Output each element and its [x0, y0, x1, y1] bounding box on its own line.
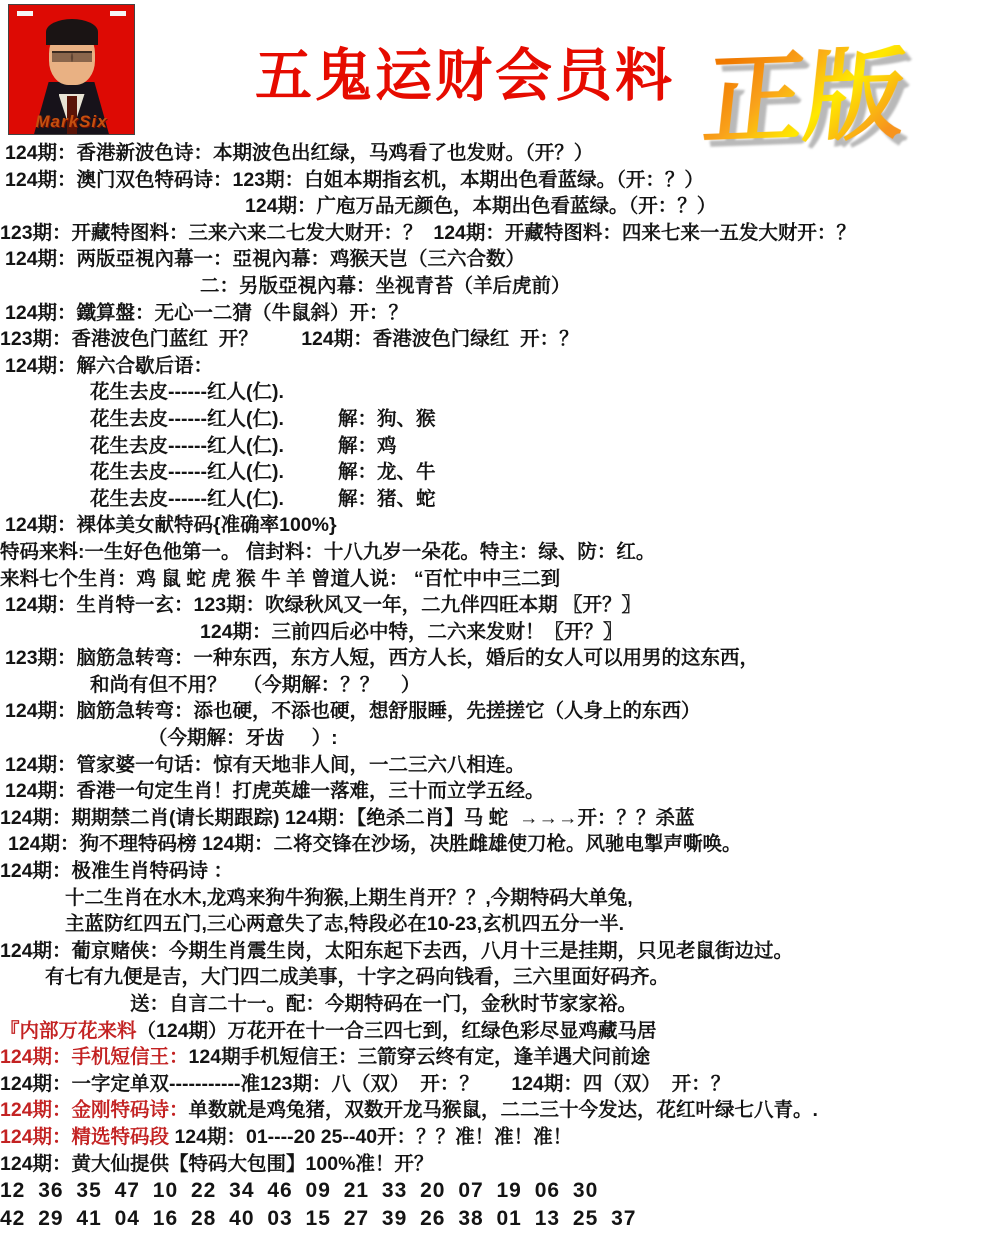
photo-corner-mark: [110, 11, 126, 16]
body-text: 花生去皮------红人(仁). 解：猪、蛇: [90, 488, 436, 510]
body-text: 124期：两版亞視內幕一：亞視內幕：鸡猴天岂（三六合数）: [5, 248, 525, 270]
text-line: （今期解：牙齿 ）:: [0, 725, 992, 752]
text-line: 124期：金刚特码诗：单数就是鸡兔猪，双数开龙马猴鼠，二二三十今发达，花红叶绿七…: [0, 1097, 992, 1124]
portrait-hair: [46, 19, 98, 45]
number-row: 12 36 35 47 10 22 34 46 09 21 33 20 07 1…: [0, 1177, 992, 1205]
text-line: 送：自言二十一。配：今期特码在一门，金秋时节家家裕。: [0, 991, 992, 1018]
body-text: 花生去皮------红人(仁). 解：鸡: [90, 435, 397, 457]
text-line: 124期：解六合歇后语：: [0, 353, 992, 380]
body-text: 124期：一字定单双-----------准123期：八（双） 开：？ 124期…: [0, 1073, 730, 1095]
body-text: 花生去皮------红人(仁).: [90, 381, 284, 403]
text-line: 来料七个生肖：鸡 鼠 蛇 虎 猴 牛 羊 曾道人说： “百忙中中三二到: [0, 566, 992, 593]
number-row: 42 29 41 04 16 28 40 03 15 27 39 26 38 0…: [0, 1205, 992, 1233]
body-text: 124期：香港新波色诗：本期波色出红绿，马鸡看了也发财。（开？）: [5, 142, 593, 164]
body-text: （今期解：牙齿 ）:: [148, 727, 338, 749]
body-text: 124期：解六合歇后语：: [5, 355, 213, 377]
body-text: 124期：裸体美女献特码{准确率100%}: [5, 514, 337, 536]
body-text: 主蓝防红四五门,三心两意失了志,特段必在10-23,玄机四五分一半.: [65, 913, 624, 935]
genuine-stamp: 正版: [699, 45, 910, 152]
text-line: 124期：手机短信王：124期手机短信王：三箭穿云终有定，逢羊遇犬问前途: [0, 1044, 992, 1071]
text-line: 124期：黄大仙提供【特码大包围】100%准！开？: [0, 1151, 992, 1178]
text-line: 『内部万花来料（124期）万花开在十一合三四七到，红绿色彩尽显鸡藏马居: [0, 1018, 992, 1045]
text-line: 124期：香港新波色诗：本期波色出红绿，马鸡看了也发财。（开？）: [0, 140, 992, 167]
text-line: 十二生肖在水木,龙鸡来狗牛狗猴,上期生肖开？？,今期特码大单兔,: [0, 885, 992, 912]
body-text: （124期）万花开在十一合三四七到，红绿色彩尽显鸡藏马居: [137, 1020, 657, 1042]
body-text: 单数就是鸡兔猪，双数开龙马猴鼠，二二三十今发达，花红叶绿七八青。.: [189, 1099, 818, 1121]
body-text: 送：自言二十一。配：今期特码在一门，金秋时节家家裕。: [130, 993, 637, 1015]
body-text: 124期：澳门双色特码诗：123期：白姐本期指玄机，本期出色看蓝绿。（开：？）: [5, 169, 704, 191]
text-line: 124期：两版亞視內幕一：亞視內幕：鸡猴天岂（三六合数）: [0, 246, 992, 273]
highlighted-text: 124期：金刚特码诗：: [0, 1099, 189, 1121]
body-text: 124期：三前四后必中特，二六来发财！〖开？〗: [200, 621, 623, 643]
text-line: 124期：裸体美女献特码{准确率100%}: [0, 512, 992, 539]
text-line: 二：另版亞視內幕：坐视青苔（羊后虎前）: [0, 273, 992, 300]
text-line: 124期：脑筋急转弯：添也硬，不添也硬，想舒服睡，先搓搓它（人身上的东西）: [0, 698, 992, 725]
text-line: 花生去皮------红人(仁). 解：狗、猴: [0, 406, 992, 433]
portrait-glasses: [52, 51, 92, 62]
text-line: 花生去皮------红人(仁). 解：猪、蛇: [0, 486, 992, 513]
body-text: 124期：黄大仙提供【特码大包围】100%准！开？: [0, 1153, 433, 1175]
body-text: 123期：香港波色门蓝红 开？ 124期：香港波色门绿红 开：？: [0, 328, 579, 350]
body-text: 124期：葡京赌侠：今期生肖震生岗，太阳东起下去西，八月十三是挂期，只见老鼠街边…: [0, 940, 793, 962]
text-line: 花生去皮------红人(仁).: [0, 379, 992, 406]
text-line: 有七有九便是吉，大门四二成美事，十字之码向钱看，三六里面好码齐。: [0, 964, 992, 991]
body-text: 124期：狗不理特码榜 124期：二将交锋在沙场，决胜雌雄使刀枪。风驰电掣声嘶唤…: [8, 833, 742, 855]
text-line: 124期：极准生肖特码诗 ：: [0, 858, 992, 885]
text-line: 124期：一字定单双-----------准123期：八（双） 开：？ 124期…: [0, 1071, 992, 1098]
body-text: 124期：期期禁二肖(请长期跟踪) 124期：【绝杀二肖】马 蛇 →→→开：？？…: [0, 807, 694, 829]
text-line: 花生去皮------红人(仁). 解：龙、牛: [0, 459, 992, 486]
body-text: 124期：01----20 25--40开：？？准！准！准！: [174, 1126, 572, 1148]
body-text: 和尚有但不用？ （今期解：？？ ）: [90, 674, 420, 696]
text-line: 124期：葡京赌侠：今期生肖震生岗，太阳东起下去西，八月十三是挂期，只见老鼠街边…: [0, 938, 992, 965]
text-line: 123期：脑筋急转弯：一种东西，东方人短，西方人长，婚后的女人可以用男的这东西，: [0, 645, 992, 672]
text-line: 特码来料:一生好色他第一。 信封料：十八九岁一朵花。特主：绿、防：红。: [0, 539, 992, 566]
photo-corner-mark: [17, 11, 33, 16]
body-text: 124期手机短信王：三箭穿云终有定，逢羊遇犬问前途: [189, 1046, 651, 1068]
text-line: 124期：生肖特一玄：123期：吹绿秋风又一年，二九伴四旺本期 〖开？〗: [0, 592, 992, 619]
text-line: 124期：澳门双色特码诗：123期：白姐本期指玄机，本期出色看蓝绿。（开：？）: [0, 167, 992, 194]
body-text: 来料七个生肖：鸡 鼠 蛇 虎 猴 牛 羊 曾道人说： “百忙中中三二到: [0, 568, 560, 590]
body-text: 124期：生肖特一玄：123期：吹绿秋风又一年，二九伴四旺本期 〖开？〗: [5, 594, 641, 616]
page-title: 五鬼运财会员料: [255, 30, 715, 112]
body-text: 十二生肖在水木,龙鸡来狗牛狗猴,上期生肖开？？,今期特码大单兔,: [65, 887, 633, 909]
highlighted-text: 124期：手机短信王：: [0, 1046, 189, 1068]
body-text: 花生去皮------红人(仁). 解：龙、牛: [90, 461, 436, 483]
text-line: 124期：广庖万品无颜色，本期出色看蓝绿。（开：？）: [0, 193, 992, 220]
body-text: 特码来料:一生好色他第一。 信封料：十八九岁一朵花。特主：绿、防：红。: [0, 541, 655, 563]
highlighted-text: 『内部万花来料: [0, 1020, 137, 1042]
photo-caption: MarkSix: [9, 112, 134, 132]
text-line: 124期：鐵算盤：无心一二猜（牛鼠斜）开：？: [0, 300, 992, 327]
portrait-photo: MarkSix: [8, 4, 135, 135]
body-text: 124期：香港一句定生肖！打虎英雄一落难，三十而立学五经。: [5, 780, 545, 802]
body-text: 有七有九便是吉，大门四二成美事，十字之码向钱看，三六里面好码齐。: [45, 966, 669, 988]
body-text: 二：另版亞視內幕：坐视青苔（羊后虎前）: [200, 275, 571, 297]
body-text: 123期：脑筋急转弯：一种东西，东方人短，西方人长，婚后的女人可以用男的这东西，: [5, 647, 759, 669]
tip-sheet-page: MarkSix 五鬼运财会员料 正版 124期：香港新波色诗：本期波色出红绿，马…: [0, 0, 992, 1234]
body-text: 124期：鐵算盤：无心一二猜（牛鼠斜）开：？: [5, 302, 408, 324]
body-text: 124期：管家婆一句话：惊有天地非人间，一二三六八相连。: [5, 754, 525, 776]
body-text: 花生去皮------红人(仁). 解：狗、猴: [90, 408, 436, 430]
text-line: 主蓝防红四五门,三心两意失了志,特段必在10-23,玄机四五分一半.: [0, 911, 992, 938]
body-text: 124期：极准生肖特码诗 ：: [0, 860, 233, 882]
body-text: 124期：脑筋急转弯：添也硬，不添也硬，想舒服睡，先搓搓它（人身上的东西）: [5, 700, 701, 722]
text-line: 124期：管家婆一句话：惊有天地非人间，一二三六八相连。: [0, 752, 992, 779]
body-text: 123期：开藏特图料：三来六来二七发大财开：？ 124期：开藏特图料：四来七来一…: [0, 222, 856, 244]
text-line: 124期：期期禁二肖(请长期跟踪) 124期：【绝杀二肖】马 蛇 →→→开：？？…: [0, 805, 992, 832]
text-line: 124期：三前四后必中特，二六来发财！〖开？〗: [0, 619, 992, 646]
text-line: 124期：精选特码段 124期：01----20 25--40开：？？准！准！准…: [0, 1124, 992, 1151]
highlighted-text: 124期：精选特码段: [0, 1126, 174, 1148]
text-line: 124期：狗不理特码榜 124期：二将交锋在沙场，决胜雌雄使刀枪。风驰电掣声嘶唤…: [0, 831, 992, 858]
text-line: 和尚有但不用？ （今期解：？？ ）: [0, 672, 992, 699]
text-line: 123期：开藏特图料：三来六来二七发大财开：？ 124期：开藏特图料：四来七来一…: [0, 220, 992, 247]
text-line: 124期：香港一句定生肖！打虎英雄一落难，三十而立学五经。: [0, 778, 992, 805]
body-text: 124期：广庖万品无颜色，本期出色看蓝绿。（开：？）: [245, 195, 716, 217]
text-line: 123期：香港波色门蓝红 开？ 124期：香港波色门绿红 开：？: [0, 326, 992, 353]
text-line: 花生去皮------红人(仁). 解：鸡: [0, 433, 992, 460]
tip-lines: 124期：香港新波色诗：本期波色出红绿，马鸡看了也发财。（开？）124期：澳门双…: [0, 140, 992, 1233]
